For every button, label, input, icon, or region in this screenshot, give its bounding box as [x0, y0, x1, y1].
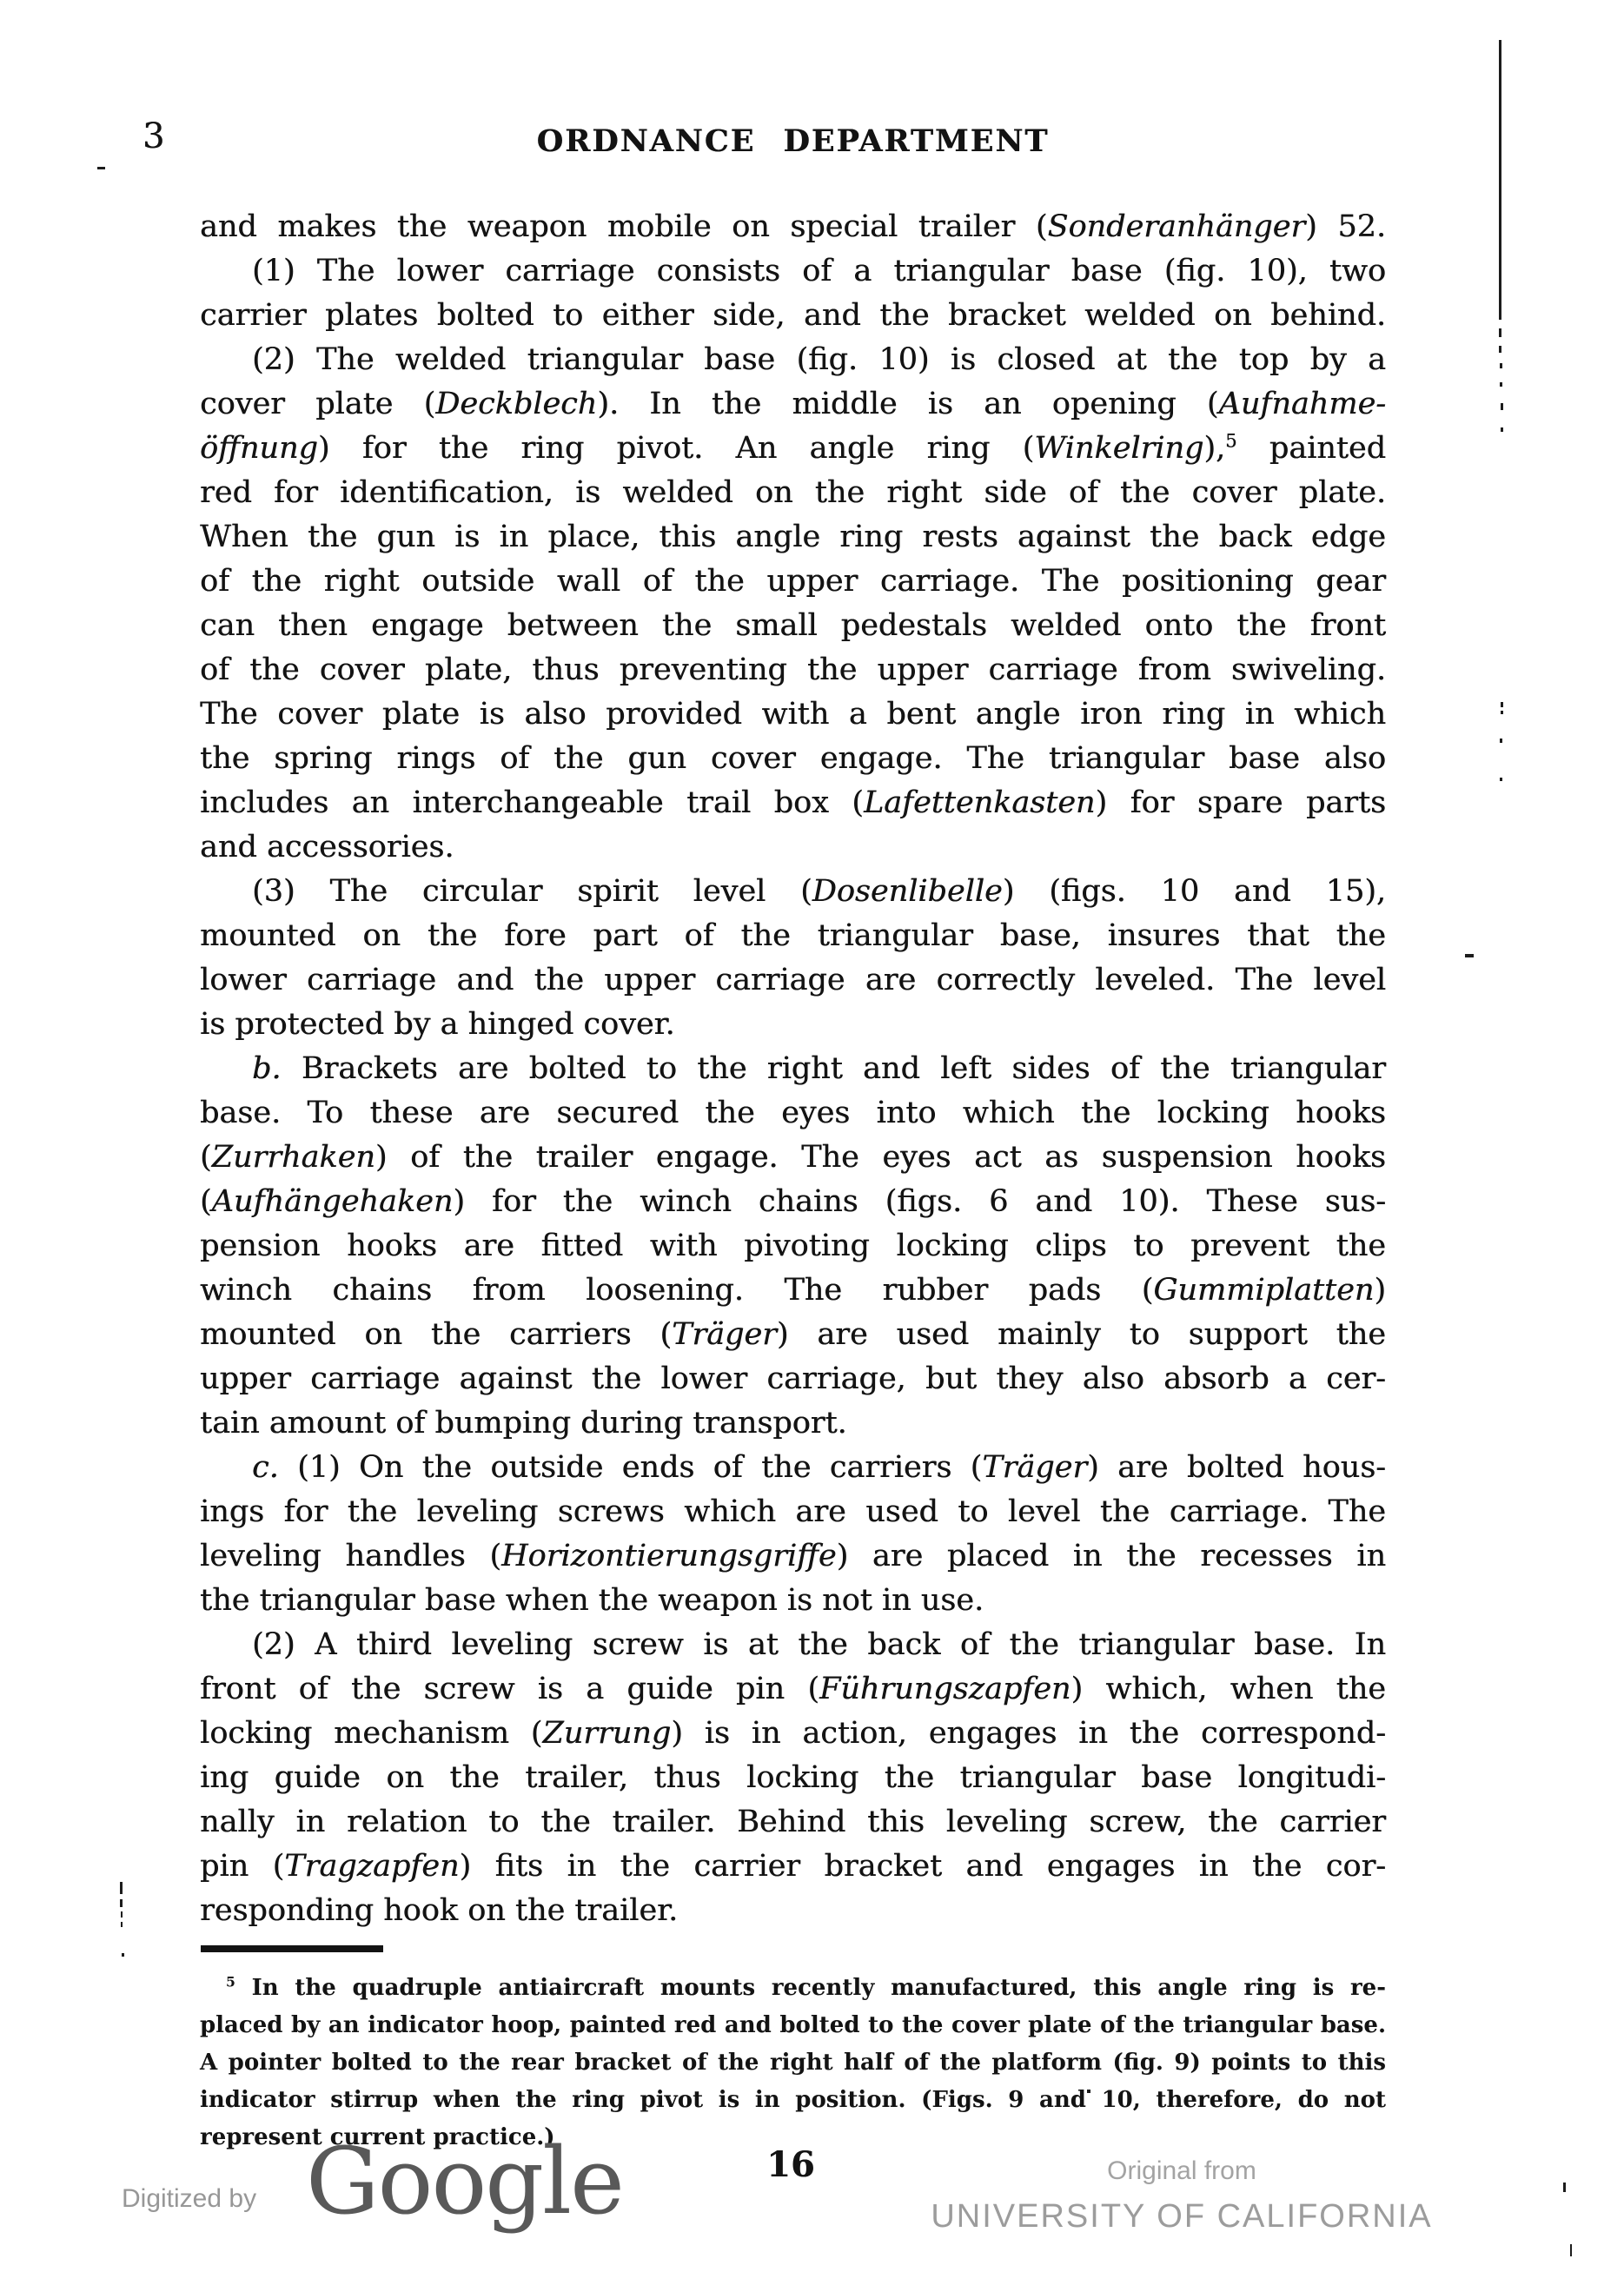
text-line: leveling handles (Horizontierungsgriffe)… [200, 1534, 1386, 1579]
scan-artifact-mark [1499, 40, 1501, 320]
text-line: b. Brackets are bolted to the right and … [200, 1047, 1386, 1091]
text-line: (1) The lower carriage consists of a tri… [200, 249, 1386, 294]
text-line: pension hooks are fitted with pivoting l… [200, 1224, 1386, 1268]
text-line: upper carriage against the lower carriag… [200, 1357, 1386, 1401]
text-line: red for identification, is welded on the… [200, 471, 1386, 515]
scan-artifact-mark [1500, 778, 1502, 781]
scan-artifact-mark [121, 1911, 123, 1918]
text-line: mounted on the fore part of the triangul… [200, 914, 1386, 958]
digitized-by-label: Digitized by [122, 2184, 256, 2214]
scan-artifact-mark [1500, 382, 1502, 387]
scan-artifact-mark [122, 1953, 124, 1957]
text-line: (Aufhängehaken) for the winch chains (fi… [200, 1180, 1386, 1224]
scan-artifact-mark [1500, 739, 1502, 743]
scan-artifact-mark [1500, 363, 1502, 368]
text-line: is protected by a hinged cover. [200, 1003, 1386, 1047]
provenance-watermark: Original from UNIVERSITY OF CALIFORNIA [895, 2156, 1468, 2236]
scan-artifact-mark [1465, 954, 1474, 957]
text-line: öffnung) for the ring pivot. An angle ri… [200, 427, 1386, 471]
scan-artifact-mark [121, 1922, 123, 1927]
text-line: The cover plate is also provided with a … [200, 692, 1386, 737]
text-line: of the right outside wall of the upper c… [200, 560, 1386, 604]
text-line: of the cover plate, thus preventing the … [200, 648, 1386, 692]
scan-artifact-mark [97, 167, 105, 169]
page-number-top: 3 [143, 116, 164, 156]
text-line: mounted on the carriers (Träger) are use… [200, 1313, 1386, 1357]
scan-artifact-mark [1499, 346, 1501, 353]
text-line: locking mechanism (Zurrung) is in action… [200, 1712, 1386, 1756]
text-line: A pointer bolted to the rear bracket of … [200, 2044, 1386, 2082]
institution-label: UNIVERSITY OF CALIFORNIA [895, 2198, 1468, 2236]
scan-artifact-mark [1087, 2090, 1090, 2093]
text-line: lower carriage and the upper carriage ar… [200, 958, 1386, 1003]
text-line: placed by an indicator hoop, painted red… [200, 2007, 1386, 2044]
text-line: When the gun is in place, this angle rin… [200, 515, 1386, 560]
scanned-book-page: 3 ORDNANCE DEPARTMENT and makes the weap… [0, 0, 1624, 2272]
text-line: cover plate (Deckblech). In the middle i… [200, 382, 1386, 427]
text-line: (Zurrhaken) of the trailer engage. The e… [200, 1136, 1386, 1180]
text-line: nally in relation to the trailer. Behind… [200, 1800, 1386, 1845]
text-line: and accessories. [200, 825, 1386, 870]
scan-artifact-mark [1501, 403, 1503, 410]
scan-artifact-mark [1499, 328, 1501, 337]
scan-artifact-mark [1570, 2244, 1572, 2256]
text-line: tain amount of bumping during transport. [200, 1401, 1386, 1446]
scan-artifact-mark [1501, 427, 1503, 432]
scan-artifact-mark [1501, 711, 1503, 714]
text-line: ing guide on the trailer, thus locking t… [200, 1756, 1386, 1800]
google-watermark-logo: Google [306, 2136, 623, 2228]
scan-artifact-mark [120, 1899, 123, 1907]
text-line: front of the screw is a guide pin (Führu… [200, 1667, 1386, 1712]
scan-artifact-mark [1563, 2183, 1566, 2192]
footnote-rule [201, 1945, 383, 1952]
text-line: c. (1) On the outside ends of the carrie… [200, 1446, 1386, 1490]
scan-artifact-mark [120, 1882, 123, 1894]
text-line: the spring rings of the gun cover engage… [200, 737, 1386, 781]
page-number-bottom: 16 [765, 2144, 817, 2185]
body-text: and makes the weapon mobile on special t… [200, 205, 1386, 1933]
text-line: (3) The circular spirit level (Dosenlibe… [200, 870, 1386, 914]
text-line: carrier plates bolted to either side, an… [200, 294, 1386, 338]
text-line: (2) The welded triangular base (fig. 10)… [200, 338, 1386, 382]
text-line: winch chains from loosening. The rubber … [200, 1268, 1386, 1313]
original-from-label: Original from [895, 2156, 1468, 2186]
text-line: can then engage between the small pedest… [200, 604, 1386, 648]
text-line: (2) A third leveling screw is at the bac… [200, 1623, 1386, 1667]
text-line: ings for the leveling screws which are u… [200, 1490, 1386, 1534]
scan-artifact-mark [1501, 702, 1503, 707]
text-line: base. To these are secured the eyes into… [200, 1091, 1386, 1136]
text-line: pin (Tragzapfen) fits in the carrier bra… [200, 1845, 1386, 1889]
text-line: and makes the weapon mobile on special t… [200, 205, 1386, 249]
text-line: the triangular base when the weapon is n… [200, 1579, 1386, 1623]
text-line: indicator stirrup when the ring pivot is… [200, 2082, 1386, 2119]
text-line: includes an interchangeable trail box (L… [200, 781, 1386, 825]
text-line: responding hook on the trailer. [200, 1889, 1386, 1933]
text-line: 5 In the quadruple antiaircraft mounts r… [200, 1970, 1386, 2007]
header-title: ORDNANCE DEPARTMENT [200, 123, 1386, 159]
